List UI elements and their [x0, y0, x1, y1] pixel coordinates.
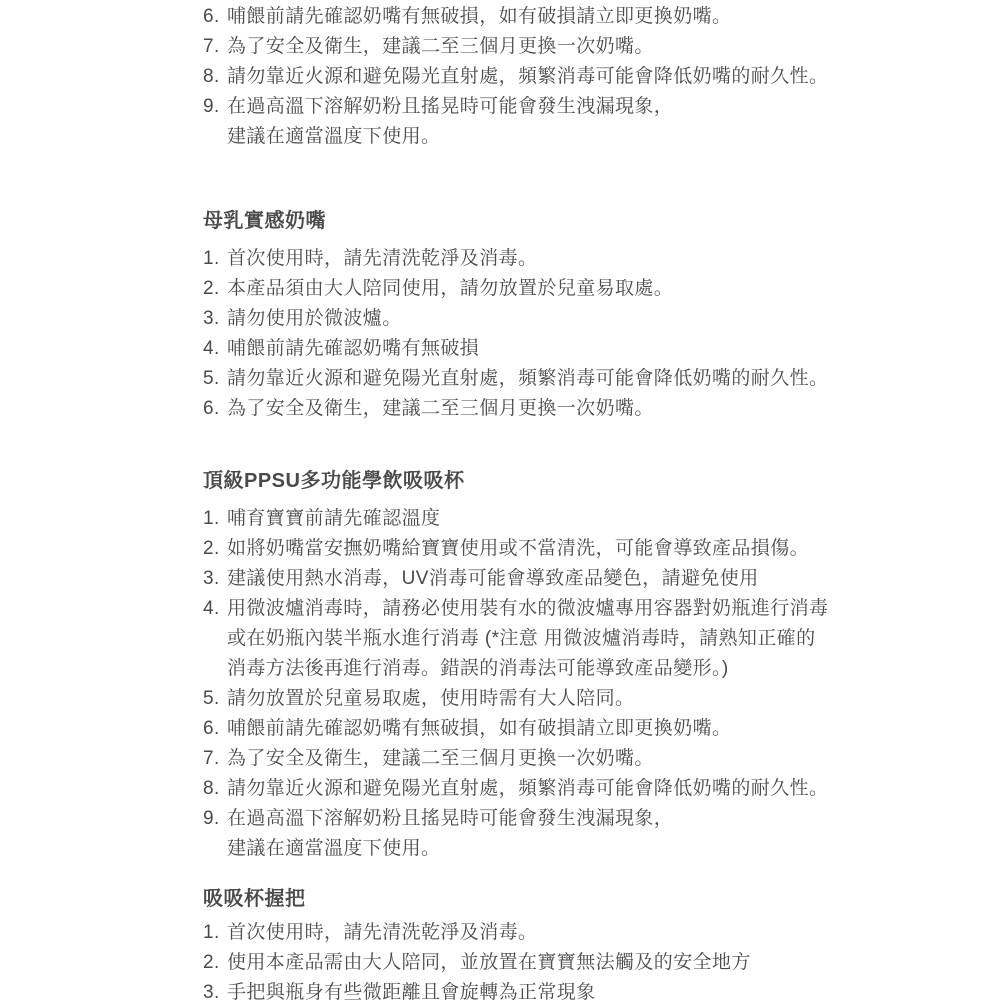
instruction-section: 吸吸杯握把1.首次使用時，請先清洗乾淨及消毒。2.使用本產品需由大人陪同，並放置…: [203, 884, 970, 1000]
list-item: 3.手把與瓶身有些微距離且會旋轉為正常現象: [203, 978, 970, 1000]
item-number: 6.: [203, 2, 227, 32]
item-text: 手把與瓶身有些微距離且會旋轉為正常現象: [227, 978, 970, 1000]
item-text-line: 哺餵前請先確認奶嘴有無破損，如有破損請立即更換奶嘴。: [227, 2, 970, 32]
item-text: 用微波爐消毒時，請務必使用裝有水的微波爐專用容器對奶瓶進行消毒或在奶瓶內裝半瓶水…: [227, 594, 970, 684]
list-item: 6.為了安全及衛生，建議二至三個月更換一次奶嘴。: [203, 394, 970, 424]
item-text: 請勿靠近火源和避免陽光直射處，頻繁消毒可能會降低奶嘴的耐久性。: [227, 62, 970, 92]
item-number: 3.: [203, 304, 227, 334]
item-text: 首次使用時，請先清洗乾淨及消毒。: [227, 244, 970, 274]
list-item: 1.首次使用時，請先清洗乾淨及消毒。: [203, 918, 970, 948]
item-number: 5.: [203, 364, 227, 394]
list-item: 8.請勿靠近火源和避免陽光直射處，頻繁消毒可能會降低奶嘴的耐久性。: [203, 62, 970, 92]
item-number: 3.: [203, 564, 227, 594]
item-text-line: 哺餵前請先確認奶嘴有無破損，如有破損請立即更換奶嘴。: [227, 714, 970, 744]
item-text: 哺餵前請先確認奶嘴有無破損: [227, 334, 970, 364]
item-text: 如將奶嘴當安撫奶嘴給寶寶使用或不當清洗，可能會導致產品損傷。: [227, 534, 970, 564]
list-item: 1.首次使用時，請先清洗乾淨及消毒。: [203, 244, 970, 274]
instruction-section: 頂級PPSU多功能學飲吸吸杯1.哺育寶寶前請先確認溫度2.如將奶嘴當安撫奶嘴給寶…: [203, 466, 970, 864]
item-text-line: 消毒方法後再進行消毒。錯誤的消毒法可能導致產品變形。): [227, 654, 970, 684]
item-text: 請勿靠近火源和避免陽光直射處，頻繁消毒可能會降低奶嘴的耐久性。: [227, 364, 970, 394]
item-number: 5.: [203, 684, 227, 714]
list-item: 2.如將奶嘴當安撫奶嘴給寶寶使用或不當清洗，可能會導致產品損傷。: [203, 534, 970, 564]
list-item: 4.用微波爐消毒時，請務必使用裝有水的微波爐專用容器對奶瓶進行消毒或在奶瓶內裝半…: [203, 594, 970, 684]
instruction-section: 6.哺餵前請先確認奶嘴有無破損，如有破損請立即更換奶嘴。7.為了安全及衛生，建議…: [203, 2, 970, 152]
item-number: 9.: [203, 804, 227, 834]
item-text-line: 用微波爐消毒時，請務必使用裝有水的微波爐專用容器對奶瓶進行消毒: [227, 594, 970, 624]
list-item: 1.哺育寶寶前請先確認溫度: [203, 504, 970, 534]
list-item: 9.在過高溫下溶解奶粉且搖晃時可能會發生洩漏現象，建議在適當溫度下使用。: [203, 804, 970, 864]
item-text: 在過高溫下溶解奶粉且搖晃時可能會發生洩漏現象，建議在適當溫度下使用。: [227, 92, 970, 152]
list-item: 7.為了安全及衛生，建議二至三個月更換一次奶嘴。: [203, 744, 970, 774]
item-text: 為了安全及衛生，建議二至三個月更換一次奶嘴。: [227, 394, 970, 424]
item-number: 8.: [203, 774, 227, 804]
item-text-line: 請勿靠近火源和避免陽光直射處，頻繁消毒可能會降低奶嘴的耐久性。: [227, 364, 970, 394]
item-text-line: 請勿靠近火源和避免陽光直射處，頻繁消毒可能會降低奶嘴的耐久性。: [227, 774, 970, 804]
item-text: 哺餵前請先確認奶嘴有無破損，如有破損請立即更換奶嘴。: [227, 714, 970, 744]
item-text: 本產品須由大人陪同使用，請勿放置於兒童易取處。: [227, 274, 970, 304]
item-number: 8.: [203, 62, 227, 92]
item-text: 首次使用時，請先清洗乾淨及消毒。: [227, 918, 970, 948]
list-item: 9.在過高溫下溶解奶粉且搖晃時可能會發生洩漏現象，建議在適當溫度下使用。: [203, 92, 970, 152]
item-text: 為了安全及衛生，建議二至三個月更換一次奶嘴。: [227, 32, 970, 62]
item-text-line: 哺餵前請先確認奶嘴有無破損: [227, 334, 970, 364]
list-item: 8.請勿靠近火源和避免陽光直射處，頻繁消毒可能會降低奶嘴的耐久性。: [203, 774, 970, 804]
list-item: 4.哺餵前請先確認奶嘴有無破損: [203, 334, 970, 364]
item-text-line: 請勿使用於微波爐。: [227, 304, 970, 334]
item-text-line: 在過高溫下溶解奶粉且搖晃時可能會發生洩漏現象，: [227, 804, 970, 834]
list-item: 2.使用本產品需由大人陪同，並放置在寶寶無法觸及的安全地方: [203, 948, 970, 978]
item-text-line: 請勿放置於兒童易取處，使用時需有大人陪同。: [227, 684, 970, 714]
item-text: 為了安全及衛生，建議二至三個月更換一次奶嘴。: [227, 744, 970, 774]
item-text-line: 為了安全及衛生，建議二至三個月更換一次奶嘴。: [227, 744, 970, 774]
item-text-line: 首次使用時，請先清洗乾淨及消毒。: [227, 918, 970, 948]
item-text-line: 建議使用熱水消毒，UV消毒可能會導致產品變色，請避免使用: [227, 564, 970, 594]
item-text-line: 在過高溫下溶解奶粉且搖晃時可能會發生洩漏現象，: [227, 92, 970, 122]
item-number: 1.: [203, 244, 227, 274]
item-number: 2.: [203, 274, 227, 304]
item-text-line: 本產品須由大人陪同使用，請勿放置於兒童易取處。: [227, 274, 970, 304]
list-item: 3.建議使用熱水消毒，UV消毒可能會導致產品變色，請避免使用: [203, 564, 970, 594]
item-text-line: 首次使用時，請先清洗乾淨及消毒。: [227, 244, 970, 274]
item-number: 4.: [203, 594, 227, 624]
item-text-line: 建議在適當溫度下使用。: [227, 834, 970, 864]
item-text: 請勿使用於微波爐。: [227, 304, 970, 334]
item-text: 在過高溫下溶解奶粉且搖晃時可能會發生洩漏現象，建議在適當溫度下使用。: [227, 804, 970, 864]
item-number: 2.: [203, 534, 227, 564]
item-text-line: 使用本產品需由大人陪同，並放置在寶寶無法觸及的安全地方: [227, 948, 970, 978]
item-text: 使用本產品需由大人陪同，並放置在寶寶無法觸及的安全地方: [227, 948, 970, 978]
list-item: 6.哺餵前請先確認奶嘴有無破損，如有破損請立即更換奶嘴。: [203, 714, 970, 744]
item-text: 建議使用熱水消毒，UV消毒可能會導致產品變色，請避免使用: [227, 564, 970, 594]
list-item: 5.請勿放置於兒童易取處，使用時需有大人陪同。: [203, 684, 970, 714]
item-text: 哺育寶寶前請先確認溫度: [227, 504, 970, 534]
care-instructions: 6.哺餵前請先確認奶嘴有無破損，如有破損請立即更換奶嘴。7.為了安全及衛生，建議…: [0, 0, 1000, 1000]
item-text-line: 為了安全及衛生，建議二至三個月更換一次奶嘴。: [227, 394, 970, 424]
item-text-line: 如將奶嘴當安撫奶嘴給寶寶使用或不當清洗，可能會導致產品損傷。: [227, 534, 970, 564]
list-item: 3.請勿使用於微波爐。: [203, 304, 970, 334]
section-heading: 母乳實感奶嘴: [203, 206, 970, 236]
item-number: 7.: [203, 32, 227, 62]
section-heading: 頂級PPSU多功能學飲吸吸杯: [203, 466, 970, 496]
item-number: 1.: [203, 504, 227, 534]
list-item: 7.為了安全及衛生，建議二至三個月更換一次奶嘴。: [203, 32, 970, 62]
item-number: 2.: [203, 948, 227, 978]
item-text: 請勿靠近火源和避免陽光直射處，頻繁消毒可能會降低奶嘴的耐久性。: [227, 774, 970, 804]
item-number: 6.: [203, 394, 227, 424]
item-text-line: 建議在適當溫度下使用。: [227, 122, 970, 152]
item-text-line: 或在奶瓶內裝半瓶水進行消毒 (*注意 用微波爐消毒時，請熟知正確的: [227, 624, 970, 654]
list-item: 6.哺餵前請先確認奶嘴有無破損，如有破損請立即更換奶嘴。: [203, 2, 970, 32]
item-text-line: 為了安全及衛生，建議二至三個月更換一次奶嘴。: [227, 32, 970, 62]
list-item: 5.請勿靠近火源和避免陽光直射處，頻繁消毒可能會降低奶嘴的耐久性。: [203, 364, 970, 394]
item-number: 4.: [203, 334, 227, 364]
instruction-section: 母乳實感奶嘴1.首次使用時，請先清洗乾淨及消毒。2.本產品須由大人陪同使用，請勿…: [203, 206, 970, 424]
item-text: 哺餵前請先確認奶嘴有無破損，如有破損請立即更換奶嘴。: [227, 2, 970, 32]
item-number: 1.: [203, 918, 227, 948]
item-text: 請勿放置於兒童易取處，使用時需有大人陪同。: [227, 684, 970, 714]
list-item: 2.本產品須由大人陪同使用，請勿放置於兒童易取處。: [203, 274, 970, 304]
item-number: 6.: [203, 714, 227, 744]
item-text-line: 請勿靠近火源和避免陽光直射處，頻繁消毒可能會降低奶嘴的耐久性。: [227, 62, 970, 92]
section-heading: 吸吸杯握把: [203, 884, 970, 914]
item-text-line: 手把與瓶身有些微距離且會旋轉為正常現象: [227, 978, 970, 1000]
item-number: 3.: [203, 978, 227, 1000]
item-number: 9.: [203, 92, 227, 122]
item-text-line: 哺育寶寶前請先確認溫度: [227, 504, 970, 534]
item-number: 7.: [203, 744, 227, 774]
